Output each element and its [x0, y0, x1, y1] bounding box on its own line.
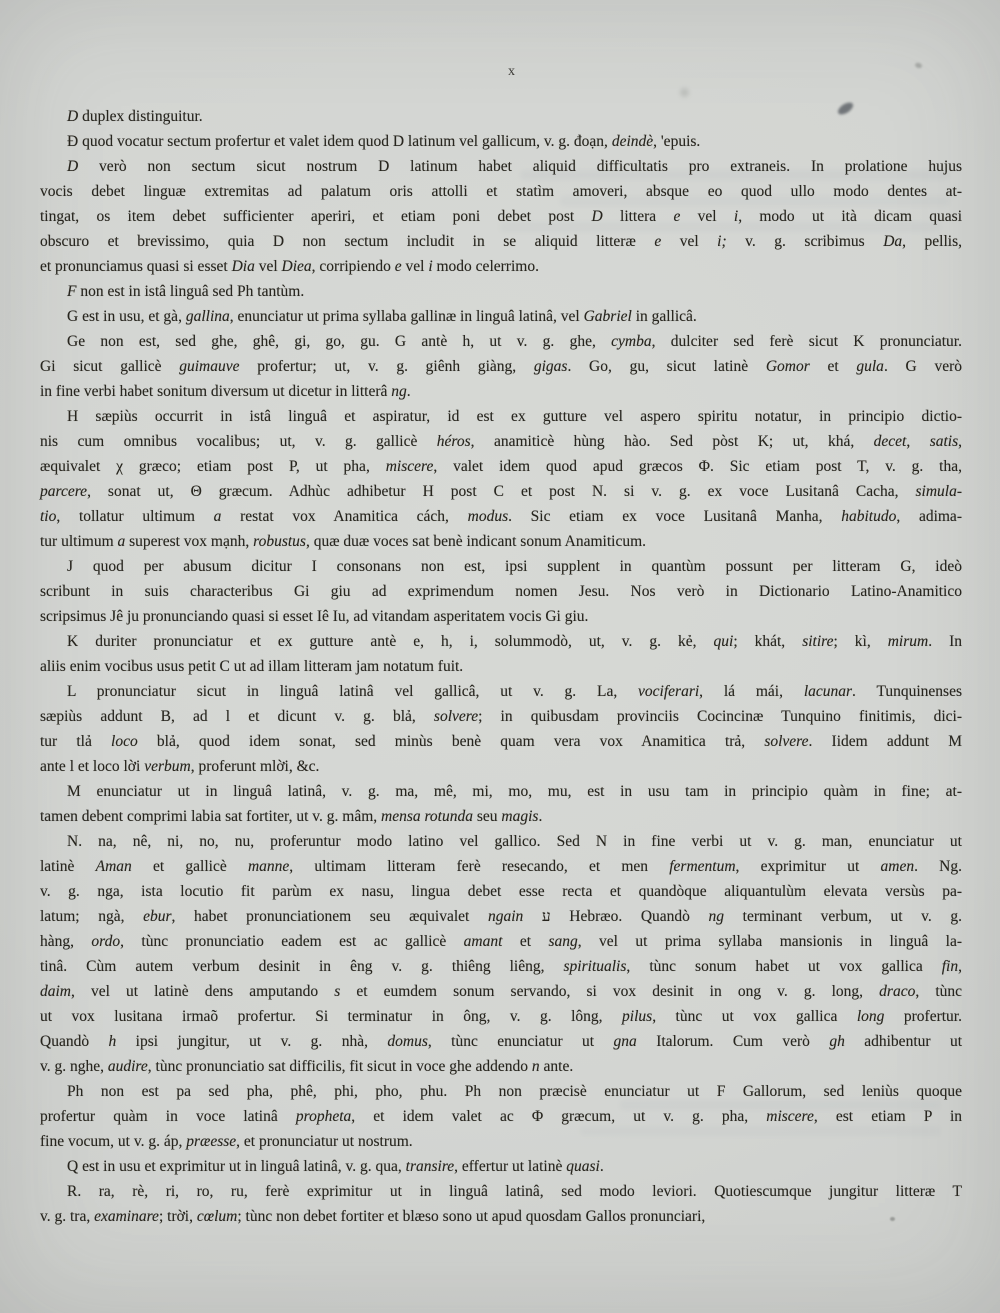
text-line: scribunt in suis characteribus Gi giu ad…	[40, 579, 962, 604]
paragraph: D verò non sectum sicut nostrum D latinu…	[40, 154, 962, 279]
text-line: tio, tollatur ultimum a restat vox Anami…	[40, 504, 962, 529]
text-line: G est in usu, et gà, gallina, enunciatur…	[40, 304, 962, 329]
paragraph: M enunciatur ut in linguâ latinâ, v. g. …	[40, 779, 962, 829]
text-line: H sæpiùs occurrit in istâ linguâ et aspi…	[40, 404, 962, 429]
text-line: profertur quàm in voce latinâ propheta, …	[40, 1104, 962, 1129]
text-line: obscuro et brevissimo, quia D non sectum…	[40, 229, 962, 254]
text-line: vocis debet linguæ extremitas ad palatum…	[40, 179, 962, 204]
text-line: parcere, sonat ut, Θ græcum. Adhùc adhib…	[40, 479, 962, 504]
paragraph: Q est in usu et exprimitur ut in linguâ …	[40, 1154, 962, 1179]
text-line: fine vocum, ut v. g. áp, præesse, et pro…	[40, 1129, 962, 1154]
text-line: latinè Aman et gallicè manne, ultimam li…	[40, 854, 962, 879]
text-line: N. na, nê, ni, no, nu, proferuntur modo …	[40, 829, 962, 854]
text-line: scripsimus Jê ju pronunciando quasi si e…	[40, 604, 962, 629]
text-line: in fine verbi habet sonitum diversum ut …	[40, 379, 962, 404]
text-line: hàng, ordo, tùnc pronunciatio eadem est …	[40, 929, 962, 954]
text-line: J quod per abusum dicitur I consonans no…	[40, 554, 962, 579]
text-line: Quandò h ipsi jungitur, ut v. g. nhà, do…	[40, 1029, 962, 1054]
text-line: F non est in istâ linguâ sed Ph tantùm.	[40, 279, 962, 304]
paragraph: Ge non est, sed ghe, ghê, gi, go, gu. G …	[40, 329, 962, 404]
text-line: K duriter pronunciatur et ex gutture ant…	[40, 629, 962, 654]
text-line: v. g. nghe, audire, tùnc pronunciatio sa…	[40, 1054, 962, 1079]
text-line: nis cum omnibus vocalibus; ut, v. g. gal…	[40, 429, 962, 454]
text-line: ut vox lusitana irmaõ profertur. Si term…	[40, 1004, 962, 1029]
paragraph: H sæpiùs occurrit in istâ linguâ et aspi…	[40, 404, 962, 554]
text-line: tinâ. Cùm autem verbum desinit in êng v.…	[40, 954, 962, 979]
text-line: ante l et loco lời verbum, proferunt mlờ…	[40, 754, 962, 779]
paragraph: J quod per abusum dicitur I consonans no…	[40, 554, 962, 629]
text-line: Ge non est, sed ghe, ghê, gi, go, gu. G …	[40, 329, 962, 354]
text-line: D verò non sectum sicut nostrum D latinu…	[40, 154, 962, 179]
text-line: D duplex distinguitur.	[40, 104, 962, 129]
text-line: tur ultimum a superest vox mạnh, robustu…	[40, 529, 962, 554]
page-number: x	[12, 64, 1000, 80]
paragraph: Ph non est pa sed pha, phê, phi, pho, ph…	[40, 1079, 962, 1154]
text-line: sæpiùs addunt B, ad l et dicunt v. g. bl…	[40, 704, 962, 729]
text-line: æquivalet χ græco; etiam post P, ut pha,…	[40, 454, 962, 479]
paragraph: F non est in istâ linguâ sed Ph tantùm.	[40, 279, 962, 304]
text-line: L pronunciatur sicut in linguâ latinâ ve…	[40, 679, 962, 704]
ink-smudge	[680, 88, 689, 97]
text-line: tur tlả loco blả, quod idem sonat, sed m…	[40, 729, 962, 754]
text-line: aliis enim vocibus usus petit C ut ad il…	[40, 654, 962, 679]
text-line: Gi sicut gallicè guimauve profertur; ut,…	[40, 354, 962, 379]
text-line: latum; ngà, ebur, habet pronunciationem …	[40, 904, 962, 929]
paragraph: N. na, nê, ni, no, nu, proferuntur modo …	[40, 829, 962, 1079]
paragraph: G est in usu, et gà, gallina, enunciatur…	[40, 304, 962, 329]
text-line: M enunciatur ut in linguâ latinâ, v. g. …	[40, 779, 962, 804]
text-line: v. g. tra, examinare; trời, cœlum; tùnc …	[40, 1204, 962, 1229]
text-line: daim, vel ut latinè dens amputando s et …	[40, 979, 962, 1004]
paragraph: Đ quod vocatur sectum profertur et valet…	[40, 129, 962, 154]
text-block: D duplex distinguitur.Đ quod vocatur sec…	[40, 104, 962, 1229]
text-line: Ph non est pa sed pha, phê, phi, pho, ph…	[40, 1079, 962, 1104]
text-line: tamen debent comprimi labia sat fortiter…	[40, 804, 962, 829]
paragraph: K duriter pronunciatur et ex gutture ant…	[40, 629, 962, 679]
text-line: et pronunciamus quasi si esset Dia vel D…	[40, 254, 962, 279]
paragraph: L pronunciatur sicut in linguâ latinâ ve…	[40, 679, 962, 779]
text-line: v. g. nga, ista locutio fit parùm ex nas…	[40, 879, 962, 904]
paragraph: R. ra, rè, ri, ro, ru, ferè exprimitur u…	[40, 1179, 962, 1229]
text-line: R. ra, rè, ri, ro, ru, ferè exprimitur u…	[40, 1179, 962, 1204]
text-line: tingat, os item debet sufficienter aperi…	[40, 204, 962, 229]
scan-page: x D duplex distinguitur.Đ quod vocatur s…	[0, 0, 1000, 1313]
text-line: Q est in usu et exprimitur ut in linguâ …	[40, 1154, 962, 1179]
paragraph: D duplex distinguitur.	[40, 104, 962, 129]
text-line: Đ quod vocatur sectum profertur et valet…	[40, 129, 962, 154]
